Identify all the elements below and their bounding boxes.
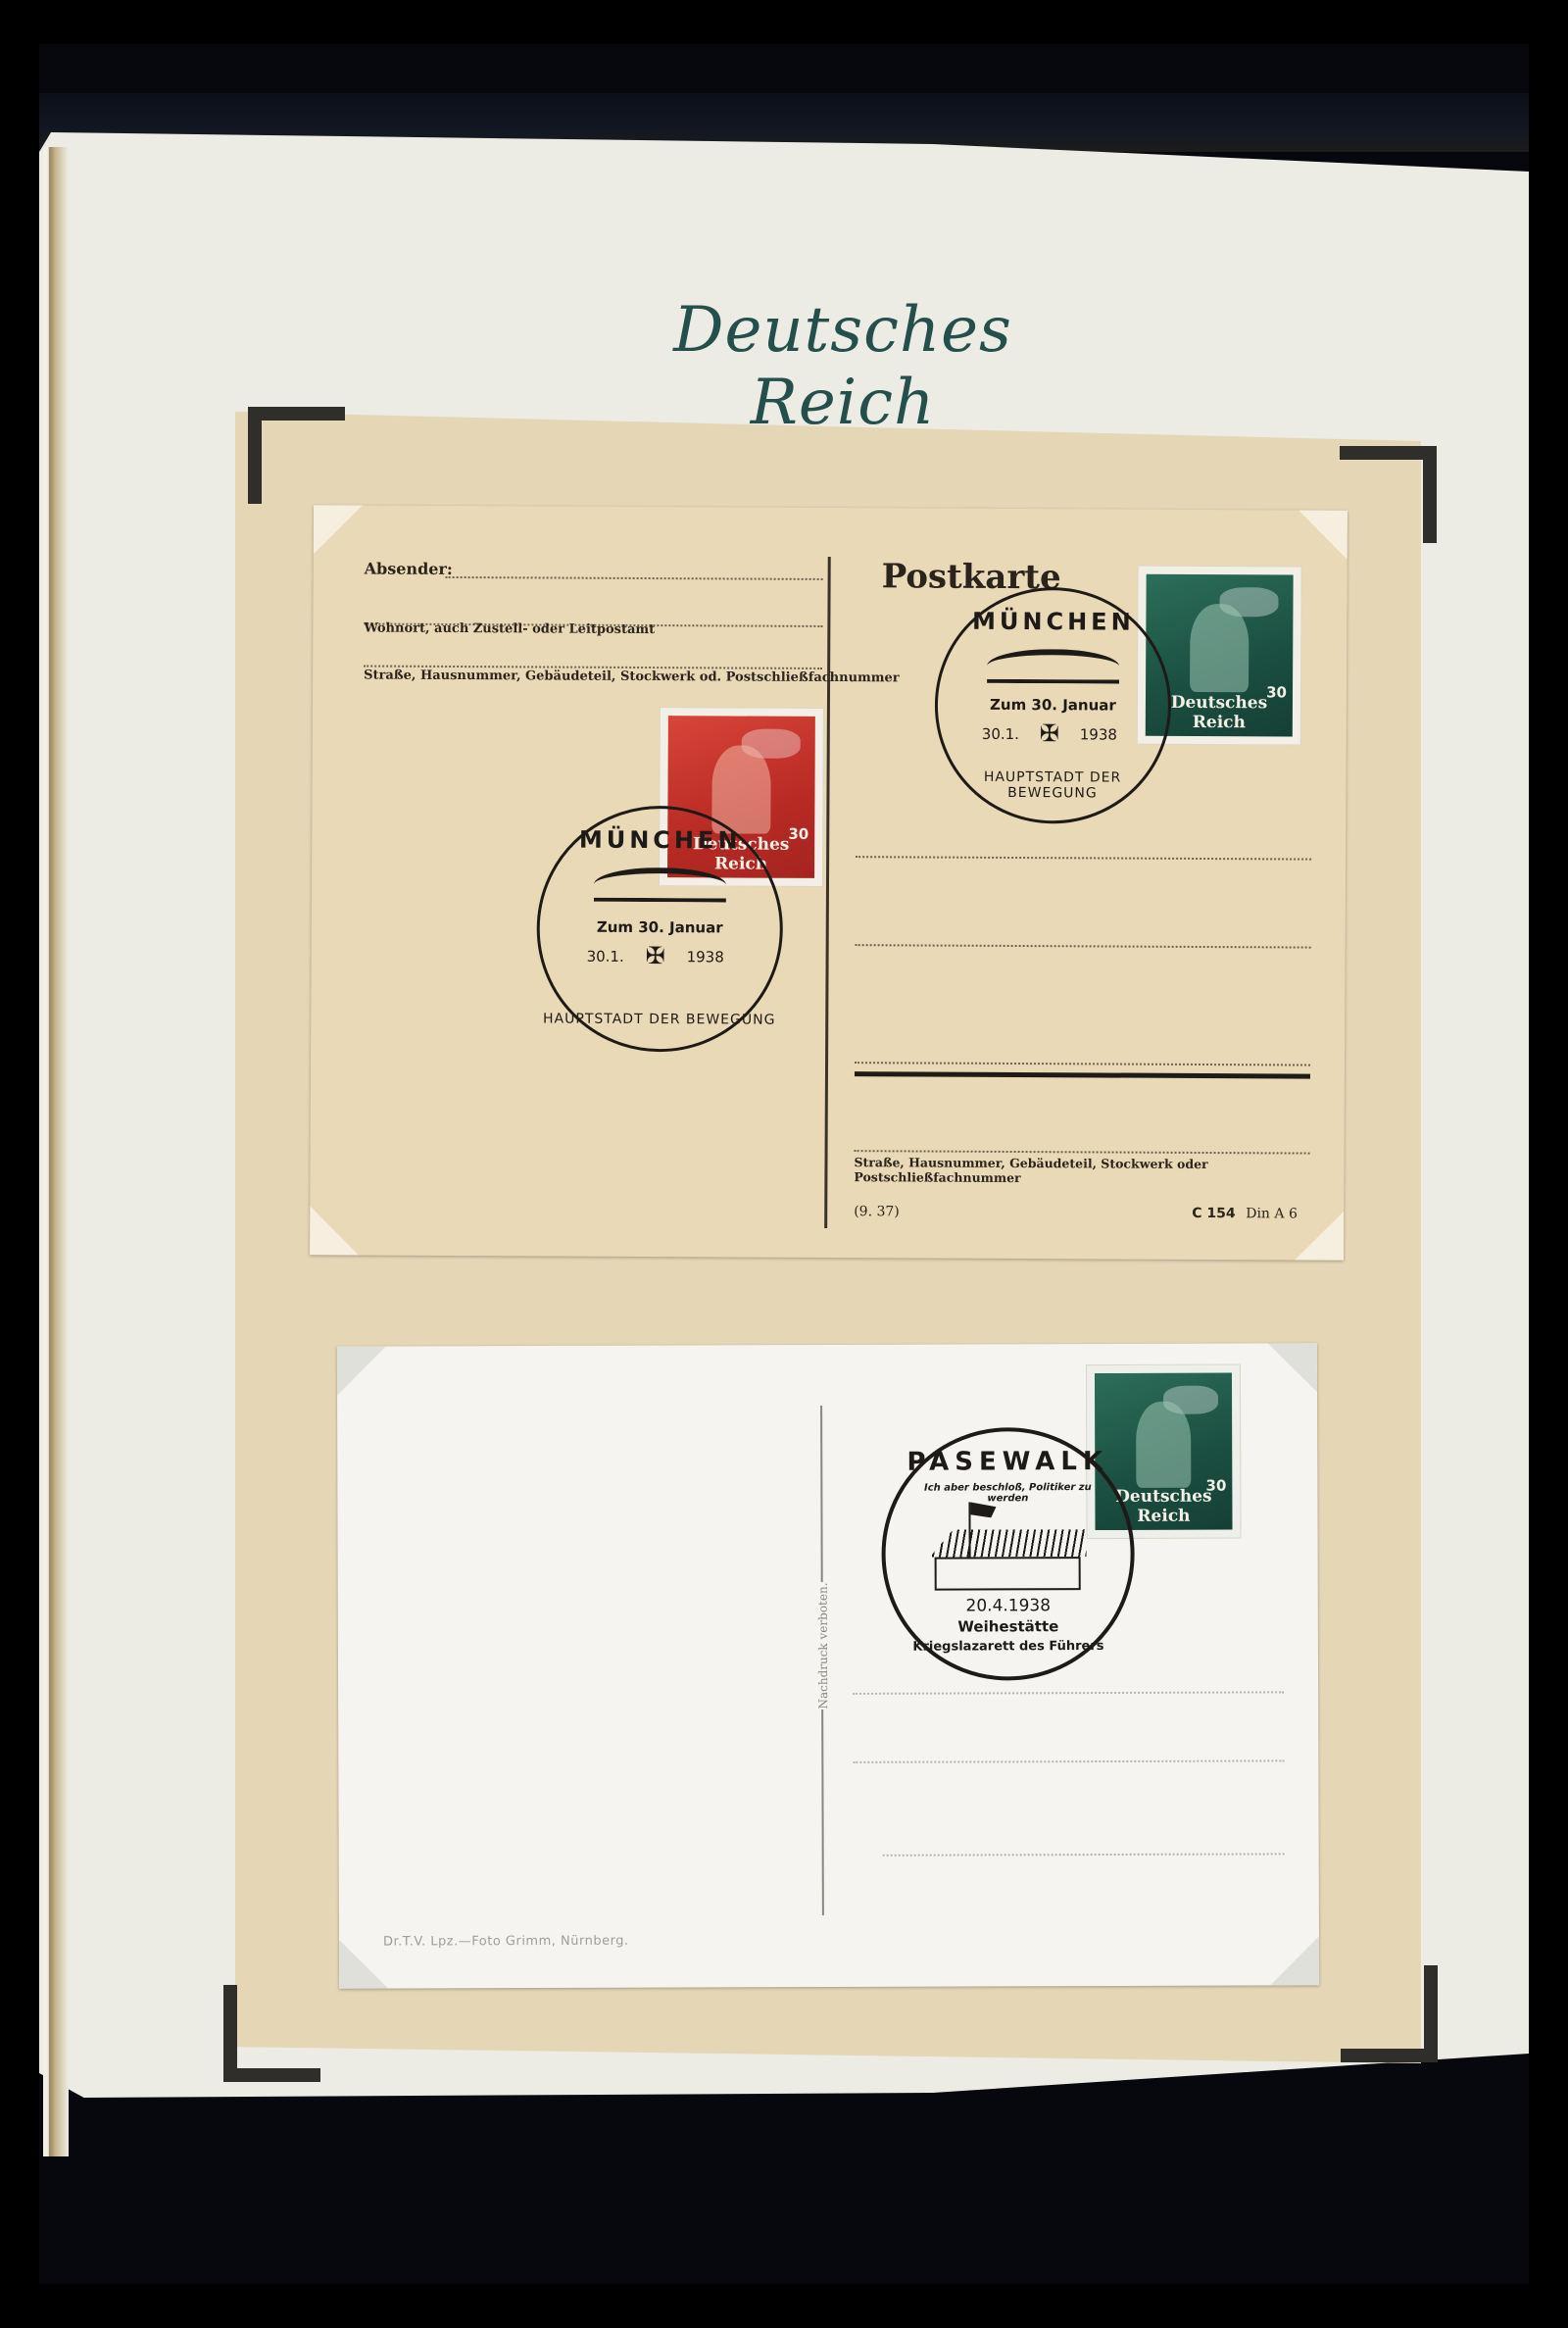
eagle-emblem — [987, 649, 1119, 684]
form-code: C 154 — [1192, 1206, 1235, 1221]
postmark-year: 1938 — [1080, 725, 1117, 743]
card-corner-mount — [339, 1940, 388, 1989]
wreath-emblem: ✠ — [646, 942, 665, 969]
reprint-notice: Nachdruck verboten. — [816, 1582, 830, 1709]
postmark-center-text: Zum 30. Januar — [540, 917, 780, 936]
eagle-emblem — [594, 867, 726, 903]
address-footer-label: Straße, Hausnummer, Gebäudeteil, Stockwe… — [854, 1155, 1344, 1187]
card-corner-mount — [1298, 511, 1347, 560]
address-rule — [855, 1071, 1310, 1078]
photo-corner-top-left — [248, 407, 345, 504]
page-title: Deutsches Reich — [627, 294, 1058, 439]
postmark-ring-text: Kriegslazarett des Führers — [886, 1639, 1131, 1655]
sender-label: Absender: — [365, 560, 453, 578]
postmark-city: PASEWALK — [885, 1447, 1130, 1477]
postmark-year: 1938 — [687, 948, 724, 966]
street-label: Straße, Hausnummer, Gebäudeteil, Stockwe… — [364, 669, 900, 686]
card-corner-mount — [314, 505, 363, 554]
photo-corner-bottom-left — [223, 1985, 320, 2082]
card-divider — [824, 557, 831, 1228]
card-corner-mount — [337, 1347, 386, 1396]
postmark-bottom-text: Weihestätte — [886, 1617, 1131, 1636]
postmark-bottom-text: HAUPTSTADT DER BEWEGUNG — [937, 769, 1167, 802]
publisher-imprint: Dr.T.V. Lpz.—Foto Grimm, Nürnberg. — [383, 1934, 629, 1950]
torchbearer-figure — [1190, 604, 1249, 693]
torchbearer-figure — [1136, 1402, 1191, 1488]
postmark-date: 30.1. — [587, 948, 624, 966]
card-corner-mount — [1268, 1343, 1317, 1392]
format-label: Din A 6 — [1246, 1206, 1298, 1221]
page-spine — [43, 147, 69, 2156]
card-corner-mount — [310, 1206, 359, 1255]
postmark-date: 30.1. — [982, 725, 1019, 743]
wreath-emblem: ✠ — [1040, 719, 1059, 747]
postcard-pasewalk[interactable]: Nachdruck verboten. Dr.T.V. Lpz.—Foto Gr… — [337, 1343, 1319, 1988]
sender-line — [446, 576, 823, 580]
postmark-muenchen: MÜNCHEN Zum 30. Januar 30.1. 1938 ✠ HAUP… — [934, 587, 1171, 824]
card-corner-mount — [1270, 1936, 1319, 1985]
postmark-pasewalk: PASEWALK Ich aber beschloß, Politiker zu… — [881, 1427, 1135, 1681]
postcard-muenchen[interactable]: Absender: Wohnort, auch Zustell- oder Le… — [310, 505, 1347, 1261]
postmark-city: MÜNCHEN — [540, 825, 780, 854]
address-line — [883, 1853, 1285, 1856]
postmark-quote: Ich aber beschloß, Politiker zu werden — [905, 1482, 1110, 1505]
flag-icon — [970, 1502, 996, 1517]
house-icon — [930, 1529, 1087, 1589]
residence-label: Wohnort, auch Zustell- oder Leitpostamt — [364, 621, 655, 638]
address-line — [856, 856, 1311, 860]
print-date: (9. 37) — [854, 1204, 900, 1219]
photo-corner-top-right — [1340, 446, 1437, 543]
postmark-bottom-text: HAUPTSTADT DER BEWEGUNG — [539, 1011, 779, 1027]
card-corner-mount — [1295, 1211, 1344, 1260]
postmark-date: 20.4.1938 — [886, 1596, 1131, 1616]
postmark-center-text: Zum 30. Januar — [938, 696, 1168, 715]
torchbearer-figure — [711, 745, 770, 834]
address-line — [853, 1691, 1284, 1695]
photo-corner-bottom-right — [1341, 1965, 1438, 2062]
address-line — [855, 1062, 1310, 1065]
postmark-city: MÜNCHEN — [938, 608, 1168, 636]
address-line — [853, 1759, 1284, 1763]
address-line — [856, 944, 1311, 948]
address-line — [855, 1150, 1310, 1154]
postmark-muenchen: MÜNCHEN Zum 30. Januar 30.1. 1938 ✠ HAUP… — [536, 805, 783, 1052]
